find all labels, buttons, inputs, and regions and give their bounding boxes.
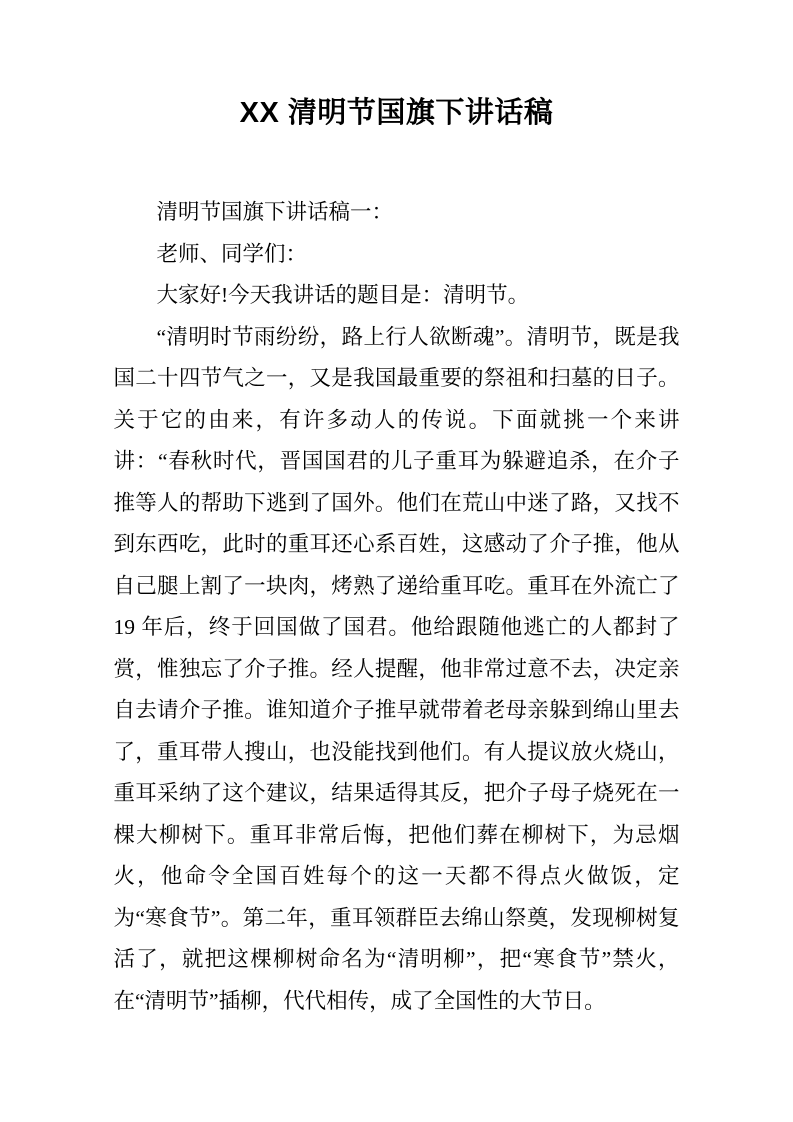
paragraph-main-story: “清明时节雨纷纷，路上行人欲断魂”。清明节，既是我国二十四节气之一，又是我国最重… [114, 317, 680, 1023]
document-page: XX 清明节国旗下讲话稿 清明节国旗下讲话稿一： 老师、同学们： 大家好!今天我… [0, 0, 793, 1122]
paragraph-greeting: 大家好!今天我讲话的题目是：清明节。 [114, 275, 680, 317]
document-body: 清明节国旗下讲话稿一： 老师、同学们： 大家好!今天我讲话的题目是：清明节。 “… [114, 192, 680, 1022]
document-title: XX 清明节国旗下讲话稿 [0, 0, 793, 132]
paragraph-salutation: 老师、同学们： [114, 234, 680, 276]
paragraph-speech-heading: 清明节国旗下讲话稿一： [114, 192, 680, 234]
